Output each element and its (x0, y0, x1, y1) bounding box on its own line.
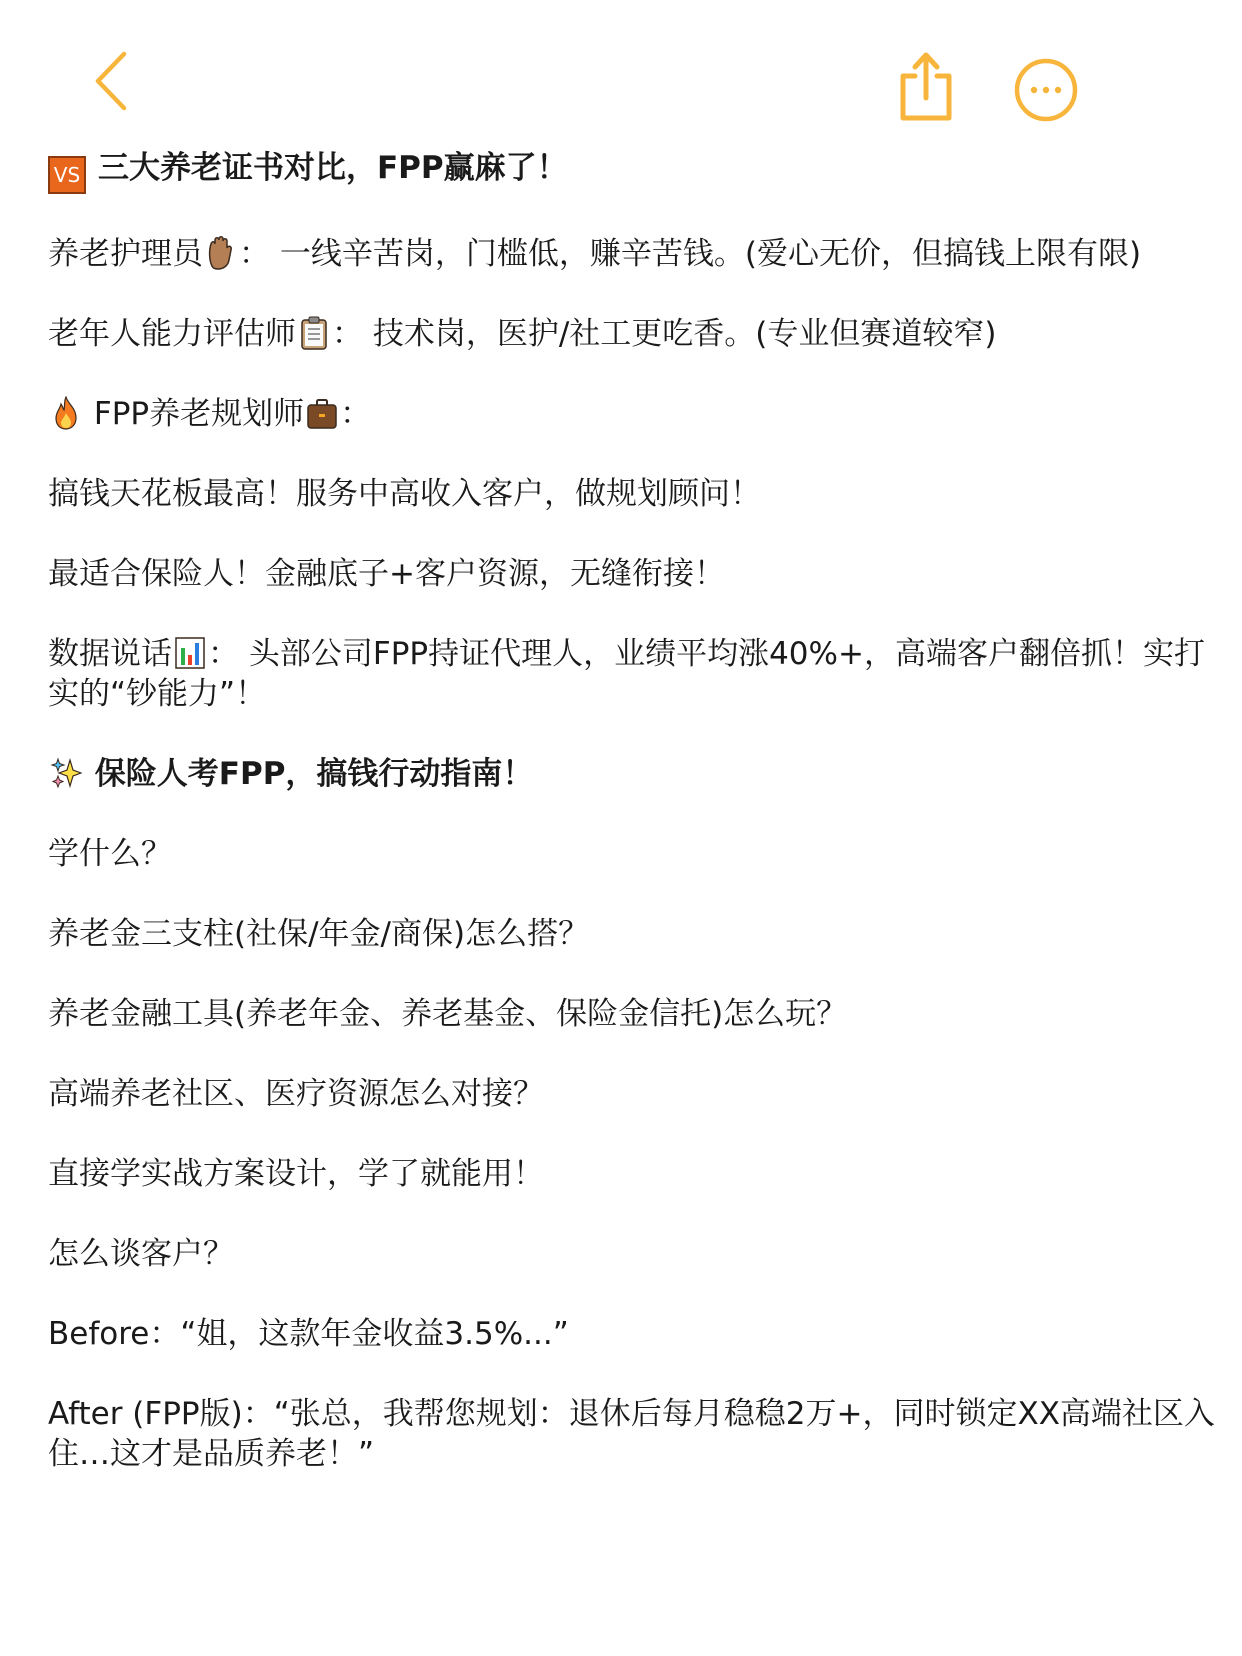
paragraph-after: After (FPP版)：“张总，我帮您规划：退休后每月稳稳2万+，同时锁定XX… (48, 1394, 1218, 1474)
colon: ： (332, 316, 363, 352)
fpp-planner-label: FPP养老规划师 (94, 396, 304, 432)
paragraph-best-fit: 最适合保险人！金融底子+客户资源，无缝衔接！ (48, 554, 1218, 594)
post-title-text: 三大养老证书对比，FPP赢麻了！ (98, 150, 568, 186)
back-button[interactable] (88, 50, 138, 112)
section-title-guide: 保险人考FPP，搞钱行动指南！ (48, 754, 1218, 794)
caregiver-label: 养老护理员 (48, 236, 203, 272)
paragraph-before: Before：“姐，这款年金收益3.5%...” (48, 1314, 1218, 1354)
top-navigation-bar (0, 0, 1242, 140)
data-label: 数据说话 (48, 636, 172, 672)
paragraph-data: 数据说话： 头部公司FPP持证代理人，业绩平均涨40%+，高端客户翻倍抓！实打实… (48, 634, 1218, 714)
section-title-text: 保险人考FPP，搞钱行动指南！ (95, 756, 534, 792)
paragraph-assessor: 老年人能力评估师： 技术岗，医护/社工更吃香。(专业但赛道较窄) (48, 314, 1218, 354)
paragraph-fpp-heading: FPP养老规划师： (48, 394, 1218, 434)
bar-chart-icon (174, 636, 206, 670)
chevron-left-icon (88, 50, 138, 112)
assessor-text: 技术岗，医护/社工更吃香。(专业但赛道较窄) (373, 316, 997, 352)
briefcase-icon (306, 396, 338, 430)
sparkles-icon (50, 756, 82, 790)
caregiver-text: 一线辛苦岗，门槛低，赚辛苦钱。(爱心无价，但搞钱上限有限) (280, 236, 1141, 272)
vs-icon: VS (48, 156, 86, 194)
share-button[interactable] (895, 50, 957, 122)
colon: ： (208, 636, 239, 672)
raised-hand-icon (205, 236, 237, 270)
paragraph-ceiling: 搞钱天花板最高！服务中高收入客户，做规划顾问！ (48, 474, 1218, 514)
colon: ： (340, 396, 371, 432)
paragraph-finance-tools: 养老金融工具(养老年金、养老基金、保险金信托)怎么玩？ (48, 994, 1218, 1034)
more-circle-icon (1012, 56, 1080, 124)
clipboard-icon (298, 316, 330, 350)
fire-icon (50, 396, 82, 430)
assessor-label: 老年人能力评估师 (48, 316, 296, 352)
paragraph-what-to-learn: 学什么？ (48, 834, 1218, 874)
paragraph-three-pillars: 养老金三支柱(社保/年金/商保)怎么搭？ (48, 914, 1218, 954)
paragraph-practice: 直接学实战方案设计，学了就能用！ (48, 1154, 1218, 1194)
post-body: VS三大养老证书对比，FPP赢麻了！ 养老护理员： 一线辛苦岗，门槛低，赚辛苦钱… (48, 148, 1218, 1474)
colon: ： (239, 236, 270, 272)
share-icon (895, 50, 957, 122)
paragraph-talk-clients: 怎么谈客户？ (48, 1234, 1218, 1274)
more-options-button[interactable] (1012, 56, 1080, 124)
paragraph-caregiver: 养老护理员： 一线辛苦岗，门槛低，赚辛苦钱。(爱心无价，但搞钱上限有限) (48, 234, 1218, 274)
post-title: VS三大养老证书对比，FPP赢麻了！ (48, 148, 1218, 194)
paragraph-communities: 高端养老社区、医疗资源怎么对接？ (48, 1074, 1218, 1114)
